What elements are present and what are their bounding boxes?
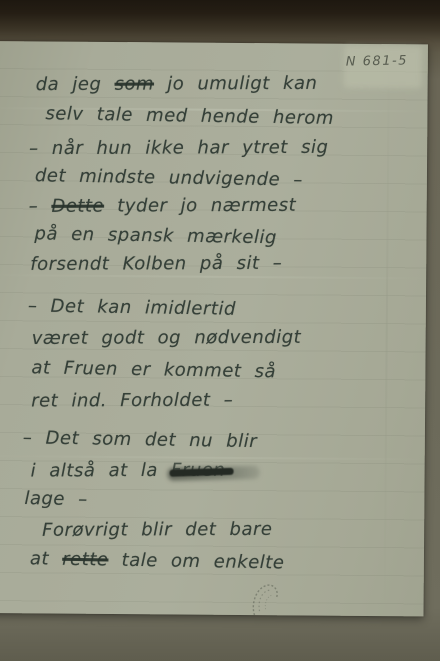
line-text: i altså at la <box>31 460 172 482</box>
manuscript-line: Forøvrigt blir det bare <box>42 519 272 542</box>
line-text: Forøvrigt blir det bare <box>42 519 272 541</box>
line-text: jo umuligt kan <box>154 73 317 95</box>
line-text: – Det kan imidlertid <box>28 295 236 319</box>
manuscript-line: – Det kan imidlertid <box>28 295 236 320</box>
strikethrough-word: som <box>115 74 155 95</box>
line-text: tale om enkelte <box>108 550 284 574</box>
line-text: – når hun ikke har ytret sig <box>29 137 328 159</box>
line-text: ret ind. Forholdet – <box>31 390 233 412</box>
manuscript-line: at rette tale om enkelte <box>30 548 285 574</box>
manuscript-line: lage – <box>24 488 88 511</box>
line-text: det mindste undvigende – <box>35 165 303 190</box>
line-text: da jeg <box>36 74 115 95</box>
manuscript-line: – Det som det nu blir <box>23 427 258 453</box>
line-text: tyder jo nærmest <box>104 195 296 217</box>
archive-label: N 681-5 <box>346 53 408 69</box>
line-text: været godt og nødvendigt <box>32 327 302 349</box>
line-text: selv tale med hende herom <box>45 103 334 129</box>
strikethrough-word: rette <box>62 549 109 571</box>
ink-smudge <box>240 579 284 619</box>
manuscript-line: været godt og nødvendigt <box>32 327 302 350</box>
manuscript-line: da jeg som jo umuligt kan <box>36 73 318 96</box>
manuscript-line: ret ind. Forholdet – <box>31 390 233 413</box>
line-text: – Det som det nu blir <box>23 427 258 452</box>
manuscript-line: selv tale med hende herom <box>45 103 334 130</box>
paper-crease <box>383 44 389 616</box>
manuscript-line: det mindste undvigende – <box>35 165 303 191</box>
line-text: lage – <box>24 488 88 510</box>
manuscript-paper: N 681-5 da jeg som jo umuligt kan selv t… <box>0 41 428 616</box>
ink-blot-word: Fruen <box>171 460 225 481</box>
line-text: – <box>29 196 52 217</box>
manuscript-line: forsendt Kolben på sit – <box>30 253 282 276</box>
line-text: på en spansk mærkelig <box>34 223 277 248</box>
manuscript-line: at Fruen er kommet så <box>31 357 276 383</box>
line-text: at Fruen er kommet så <box>31 357 276 382</box>
manuscript-line: – når hun ikke har ytret sig <box>29 137 328 160</box>
manuscript-line: i altså at la Fruen <box>31 460 226 483</box>
manuscript-line: på en spansk mærkelig <box>34 223 277 249</box>
line-text: forsendt Kolben på sit – <box>30 253 282 275</box>
manuscript-line: – Dette tyder jo nærmest <box>29 195 297 218</box>
line-text: at <box>30 548 63 570</box>
strikethrough-word: Dette <box>51 196 104 217</box>
